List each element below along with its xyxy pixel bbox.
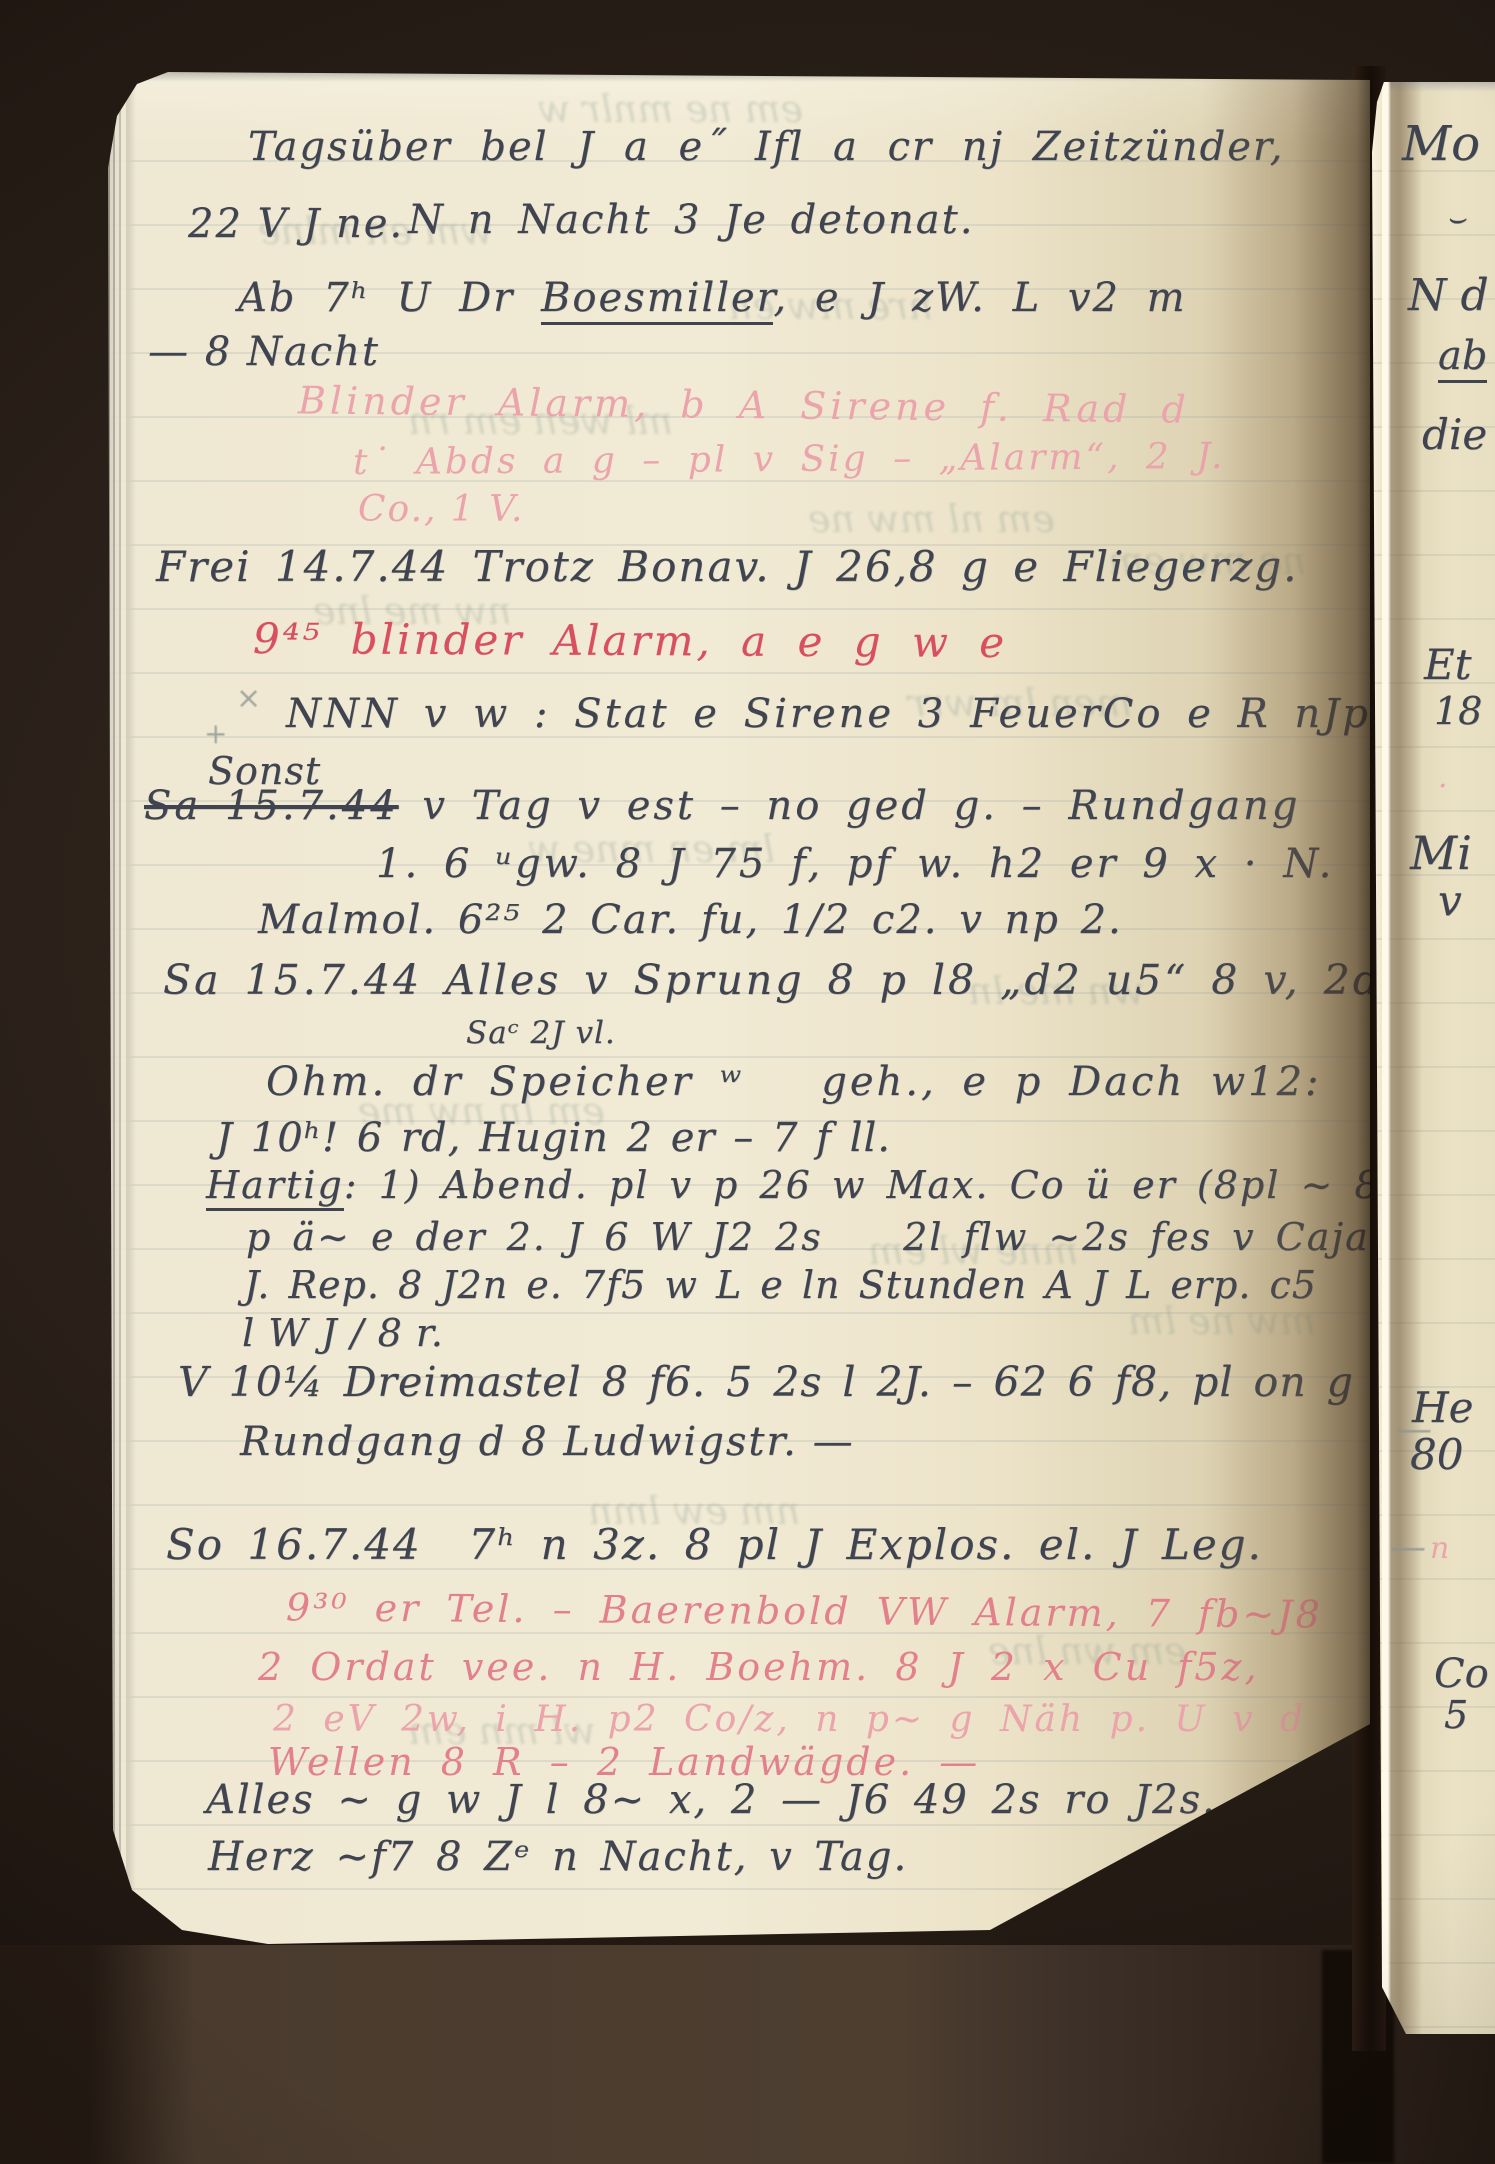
handwriting-segment: — 8 Nacht [148, 329, 380, 375]
page-top-edge [108, 72, 1370, 82]
handwriting-segment: N n Nacht 3 Je detonat. [408, 197, 974, 243]
handwriting-line: Malmol. 6²⁵ 2 Car. fu, 1/2 c2. v np 2. [258, 900, 1123, 940]
handwriting-segment: + [204, 717, 227, 750]
handwriting-segment: 2 Ordat vee. n H. Boehm. 8 J 2 x Cu f5z, [258, 1645, 1260, 1689]
handwriting-segment: Boesmiller [541, 275, 773, 325]
handwriting-segment: p ä~ e der 2. J 6 W J2 2s 2l flw ~2s fes… [246, 1215, 1370, 1259]
handwriting-segment: J 10ʰ! 6 rd, Hugin 2 er – 7 f ll. [216, 1115, 891, 1161]
handwriting-line: So 16.7.44 7ʰ n 3z. 8 pl J Explos. el. J… [166, 1524, 1263, 1566]
bleedthrough-line: wl mn em [408, 1712, 596, 1750]
handwriting-fragment: Co [1434, 1654, 1489, 1694]
handwriting-segment: Et [1424, 640, 1472, 689]
handwriting-segment: N d [1408, 270, 1489, 321]
handwriting-line: Saᶜ 2J vl. [466, 1018, 616, 1049]
handwriting-line: Sonst [208, 752, 321, 790]
handwriting-line: Ohm. dr Speicher ʷ geh., e p Dach w12: [266, 1062, 1322, 1102]
handwriting-line: J 10ʰ! 6 rd, Hugin 2 er – 7 f ll. [216, 1118, 891, 1158]
handwriting-segment: , e J zW. L v2 m [773, 275, 1186, 321]
bleedthrough-line: ml wen em rn [408, 402, 673, 440]
handwriting-line: Hartig: 1) Abend. pl v p 26 w Max. Co ü … [206, 1166, 1370, 1204]
handwriting-segment: Mo [1402, 116, 1480, 172]
handwriting-line: J. Rep. 8 J2n e. 7f5 w L e ln Stunden A … [244, 1266, 1317, 1304]
notebook-photograph: em ne mnlr wwm en mlnenre mw enml wen em… [0, 0, 1495, 2164]
handwriting-fragment: ⌣ [1446, 204, 1466, 234]
handwriting-line: Wellen 8 R – 2 Landwägde. — [268, 1743, 980, 1781]
handwriting-line: Ab 7ʰ U Dr Boesmiller, e J zW. L v2 m [238, 278, 1187, 318]
handwriting-line: 1. 6 ᵘgw. 8 J 75 f, pf w. h2 er 9 x · N. [376, 844, 1334, 884]
bleedthrough-line: em ne mnlr w [538, 90, 803, 128]
gutter-shadow [1200, 72, 1370, 1957]
handwriting-line: Sa 15.7.44 Alles v Sprung 8 p l8 „d2 u5“… [163, 960, 1370, 1001]
handwriting-line: Herz ~f7 8 Zᵉ n Nacht, v Tag. [208, 1837, 908, 1877]
handwriting-segment: 18 [1434, 689, 1482, 733]
ruled-lines [108, 98, 1370, 1957]
handwriting-segment: × [236, 681, 261, 716]
bleedthrough-line: em nl mw ne [808, 500, 1055, 538]
handwriting-segment: 5 [1444, 1693, 1468, 1737]
handwriting-line: N n Nacht 3 Je detonat. [408, 200, 974, 240]
handwriting-line: p ä~ e der 2. J 6 W J2 2s 2l flw ~2s fes… [246, 1218, 1370, 1256]
handwriting-segment: Tagsüber bel J a e˝ Ifl a cr nj Zeitzünd… [248, 124, 1284, 170]
handwriting-fragment: Et [1424, 644, 1472, 686]
bleedthrough-line: nre mw en [728, 287, 933, 325]
table-surface [0, 1945, 1495, 2164]
handwriting-fragment: Mo [1402, 120, 1480, 168]
bleedthrough-line: men lm wrr [908, 684, 1132, 722]
bleedthrough-line: nw me lne [313, 592, 512, 630]
handwriting-line: Alles ~ g w J l 8~ x, 2 — J6 49 2s ro J2… [206, 1780, 1217, 1820]
handwriting-segment: Herz ~f7 8 Zᵉ n Nacht, v Tag. [208, 1834, 908, 1880]
handwriting-line: Sa 15.7.44 v Tag v est – no ged g. – Run… [144, 786, 1300, 826]
handwriting-fragment: 18 [1434, 692, 1482, 730]
bleedthrough-line: mw ne lm [1128, 1302, 1316, 1340]
handwriting-segment: v Tag v est – no ged g. – Rundgang [399, 783, 1301, 829]
handwriting-layer: Tagsüber bel J a e˝ Ifl a cr nj Zeitzünd… [108, 72, 1370, 1957]
handwriting-line: Rundgang d 8 Ludwigstr. — [240, 1422, 855, 1462]
handwriting-segment: He [1412, 1383, 1473, 1432]
bleedthrough-line: nm ew lmn [588, 1492, 800, 1530]
handwriting-line: Co., 1 V. [358, 492, 524, 528]
bleedthrough-layer: em ne mnlr wwm en mlnenre mw enml wen em… [108, 72, 1370, 1957]
handwriting-fragment: Mi [1410, 830, 1472, 876]
handwriting-line: Tagsüber bel J a e˝ Ifl a cr nj Zeitzünd… [248, 127, 1284, 167]
handwriting-fragment: — [1390, 1530, 1426, 1566]
handwriting-segment: Mi [1410, 826, 1472, 880]
handwriting-segment: Malmol. 6²⁵ 2 Car. fu, 1/2 c2. v np 2. [258, 897, 1123, 943]
handwriting-line: 9⁴⁵ blinder Alarm, a e g w e [253, 618, 1007, 664]
handwriting-line: 2 Ordat vee. n H. Boehm. 8 J 2 x Cu f5z, [258, 1648, 1260, 1686]
handwriting-line: + [204, 720, 227, 748]
handwriting-line: Frei 14.7.44 Trotz Bonav. J 26,8 g e Fli… [156, 546, 1298, 588]
bleedthrough-line: em ln nw me [358, 1092, 605, 1130]
handwriting-fragment: ab [1438, 336, 1487, 376]
handwriting-segment: · [1438, 769, 1448, 804]
handwriting-segment: Alles ~ g w J l 8~ x, 2 — J6 49 2s ro J2… [206, 1777, 1217, 1823]
handwriting-segment: : 1) Abend. pl v p 26 w Max. Co ü er (8p… [344, 1163, 1370, 1207]
handwriting-segment: Sonst [208, 749, 321, 793]
bleedthrough-line: ne mw em [1108, 542, 1306, 580]
handwriting-segment: Co [1434, 1651, 1489, 1697]
handwriting-segment: Blinder Alarm, b A Sirene f. Rad d [298, 378, 1190, 431]
handwriting-line: × [236, 684, 261, 714]
handwriting-layer: Mo⌣N dabdieEt18MivHe80Co5——·n [1372, 82, 1495, 2034]
handwriting-segment: die [1422, 410, 1487, 459]
handwriting-line: t˙ Abds a g – pl v Sig – „Alarm“, 2 J. [353, 439, 1226, 481]
bleedthrough-line: wn me ln [968, 972, 1144, 1010]
bleedthrough-line: mne wl em [868, 1232, 1078, 1270]
handwriting-segment: 2 eV 2w, i H. p2 Co/z, n p~ g Näh p. U v… [273, 1699, 1306, 1740]
handwriting-line: NNN v w : Stat e Sirene 3 FeuerCo e R nJ… [286, 694, 1370, 734]
handwriting-fragment: N d [1408, 274, 1489, 318]
handwriting-segment: Saᶜ 2J vl. [466, 1015, 616, 1051]
handwriting-segment: ⌣ [1446, 201, 1466, 236]
bleedthrough-line: wm en mlne [258, 212, 493, 250]
handwriting-segment: Wellen 8 R – 2 Landwägde. — [268, 1740, 980, 1784]
handwriting-line: V 10¼ Dreimastel 8 f6. 5 2s l 2J. – 62 6… [178, 1362, 1370, 1403]
page-edge-stack [108, 72, 136, 1957]
handwriting-segment: Sa 15.7.44 [144, 783, 399, 829]
handwriting-segment: 9³⁰ er Tel. – Baerenbold VW Alarm, 7 fb~… [286, 1585, 1323, 1636]
handwriting-segment: V 10¼ Dreimastel 8 f6. 5 2s l 2J. – 62 6… [178, 1358, 1370, 1406]
page-top-edge [1372, 82, 1495, 92]
handwriting-segment: J. Rep. 8 J2n e. 7f5 w L e ln Stunden A … [244, 1263, 1317, 1307]
handwriting-segment: — [1396, 1409, 1432, 1450]
handwriting-fragment: 5 [1444, 1696, 1468, 1734]
handwriting-segment: 22 V J ne. [188, 201, 404, 247]
handwriting-segment: Hartig [206, 1163, 344, 1211]
bleedthrough-line: em wn lne [988, 1632, 1187, 1670]
handwriting-segment: Ohm. dr Speicher ʷ geh., e p Dach w12: [266, 1059, 1322, 1105]
handwriting-fragment: n [1430, 1534, 1449, 1564]
handwriting-segment: — [1390, 1527, 1426, 1568]
handwriting-segment: 1. 6 ᵘgw. 8 J 75 f, pf w. h2 er 9 x · N. [376, 841, 1334, 887]
diary-left-page: em ne mnlr wwm en mlnenre mw enml wen em… [108, 72, 1370, 1957]
handwriting-line: l W J / 8 r. [242, 1314, 444, 1352]
bleedthrough-line: lm en mne w [528, 830, 775, 868]
handwriting-segment: Co., 1 V. [358, 489, 524, 530]
handwriting-fragment: 80 [1410, 1434, 1463, 1476]
handwriting-segment: Frei 14.7.44 Trotz Bonav. J 26,8 g e Fli… [156, 542, 1298, 591]
handwriting-segment: t˙ Abds a g – pl v Sig – „Alarm“, 2 J. [353, 436, 1226, 483]
handwriting-segment: v [1438, 876, 1462, 925]
diary-right-page: Mo⌣N dabdieEt18MivHe80Co5——·n [1372, 82, 1495, 2034]
handwriting-fragment: He [1412, 1387, 1473, 1429]
handwriting-segment: Ab 7ʰ U Dr [238, 275, 541, 321]
ruled-lines [1372, 108, 1495, 2034]
handwriting-line: 2 eV 2w, i H. p2 Co/z, n p~ g Näh p. U v… [273, 1702, 1306, 1738]
handwriting-segment: Rundgang d 8 Ludwigstr. — [240, 1419, 855, 1465]
handwriting-segment: n [1430, 1531, 1449, 1566]
handwriting-segment: ab [1438, 333, 1487, 383]
handwriting-line: — 8 Nacht [148, 332, 380, 372]
page-edge-highlight [1382, 82, 1422, 2034]
handwriting-fragment: die [1422, 414, 1487, 456]
handwriting-segment: l W J / 8 r. [242, 1311, 444, 1355]
handwriting-line: 9³⁰ er Tel. – Baerenbold VW Alarm, 7 fb~… [286, 1588, 1323, 1633]
handwriting-segment: Sa 15.7.44 Alles v Sprung 8 p l8 „d2 u5“… [163, 956, 1370, 1004]
handwriting-fragment: · [1438, 772, 1448, 802]
handwriting-fragment: — [1396, 1412, 1432, 1448]
handwriting-segment: So 16.7.44 7ʰ n 3z. 8 pl J Explos. el. J… [166, 1520, 1263, 1569]
handwriting-segment: NNN v w : Stat e Sirene 3 FeuerCo e R nJ… [286, 691, 1370, 737]
handwriting-segment: 80 [1410, 1430, 1463, 1479]
handwriting-line: 22 V J ne. [188, 204, 404, 244]
handwriting-line: Blinder Alarm, b A Sirene f. Rad d [298, 381, 1190, 428]
handwriting-fragment: v [1438, 880, 1462, 922]
handwriting-segment: 9⁴⁵ blinder Alarm, a e g w e [253, 614, 1007, 667]
